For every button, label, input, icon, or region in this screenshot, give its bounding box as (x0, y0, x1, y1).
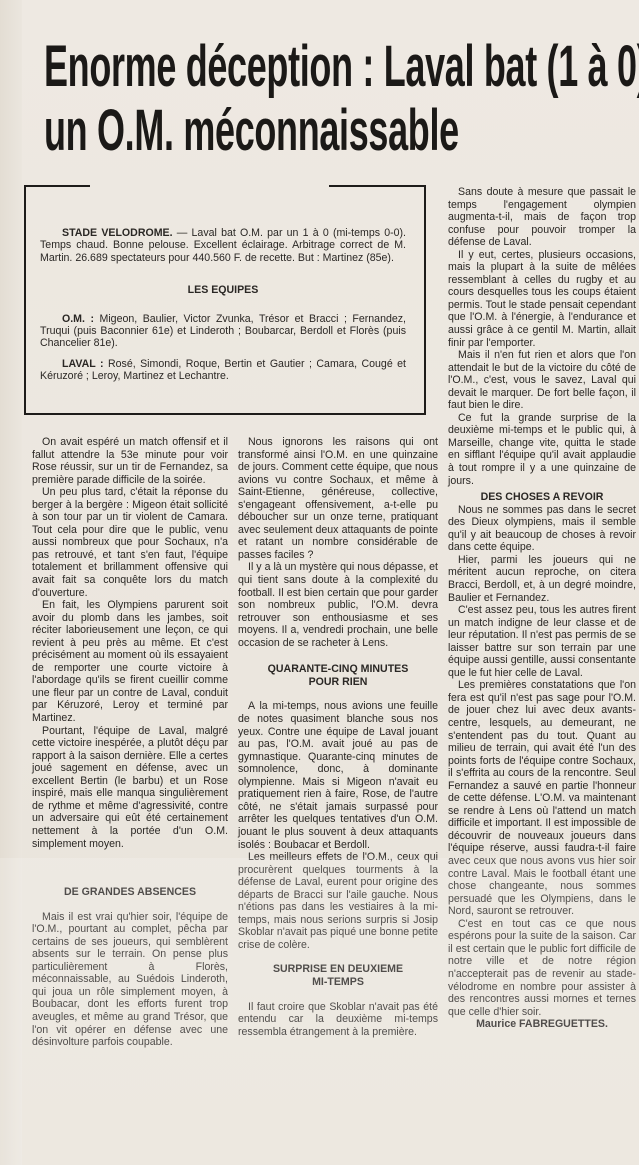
spacer (238, 688, 438, 700)
paragraph: Il y a là un mystère qui nous dépasse, e… (238, 561, 438, 649)
paragraph: En fait, les Olympiens parurent soit avo… (32, 599, 228, 724)
paragraph: On avait espéré un match offensif et il … (32, 436, 228, 486)
teams-heading: LES EQUIPES (40, 284, 406, 296)
match-facts: STADE VELODROME. — Laval bat O.M. par un… (40, 227, 406, 264)
lineup-laval-label: LAVAL : (62, 358, 104, 370)
headline-line-2: un O.M. méconnaissable (44, 99, 410, 163)
lineup-om: O.M. : Migeon, Baulier, Victor Zvunka, T… (40, 313, 406, 350)
subheading-des-choses-a-revoir: DES CHOSES A REVOIR (448, 491, 636, 504)
subheading-line-2: POUR RIEN (309, 676, 368, 688)
paragraph: Ce fut la grande surprise de la deuxième… (448, 412, 636, 487)
lineup-laval: LAVAL : Rosé, Simondi, Roque, Bertin et … (40, 358, 406, 383)
newspaper-page: Enorme déception : Laval bat (1 à 0) un … (0, 0, 639, 1165)
scan-fold-shade (0, 858, 639, 1165)
headline: Enorme déception : Laval bat (1 à 0) un … (44, 35, 634, 163)
paragraph: Nous ignorons les raisons qui ont transf… (238, 436, 438, 561)
headline-line-1: Enorme déception : Laval bat (1 à 0) (44, 35, 410, 99)
paragraph: A la mi-temps, nous avions une feuille d… (238, 700, 438, 851)
subheading-quarante-cinq-minutes: QUARANTE-CINQ MINUTES POUR RIEN (238, 663, 438, 688)
paragraph: Mais il n'en fut rien et alors que l'on … (448, 349, 636, 412)
paragraph: Un peu plus tard, c'était la réponse du … (32, 486, 228, 599)
match-summary-text: STADE VELODROME. — Laval bat O.M. par un… (40, 227, 406, 391)
paragraph: Il y eut, certes, plusieurs occasions, m… (448, 249, 636, 349)
lineup-om-text: Migeon, Baulier, Victor Zvunka, Trésor e… (40, 313, 406, 350)
spacer (238, 649, 438, 663)
venue-label: STADE VELODROME. (62, 227, 173, 239)
paragraph: Nous ne sommes pas dans le secret des Di… (448, 504, 636, 554)
match-summary-box: STADE VELODROME. — Laval bat O.M. par un… (24, 187, 426, 415)
paragraph: Hier, parmi les joueurs qui ne méritent … (448, 554, 636, 604)
lineup-om-label: O.M. : (62, 313, 94, 325)
box-border-top-right (329, 185, 426, 187)
box-border-top-left (24, 185, 90, 187)
paragraph: Pourtant, l'équipe de Laval, malgré cett… (32, 725, 228, 850)
subheading-line-1: QUARANTE-CINQ MINUTES (268, 663, 409, 675)
paragraph: C'est assez peu, tous les autres firent … (448, 604, 636, 679)
paragraph: Sans doute à mesure que passait le temps… (448, 186, 636, 249)
